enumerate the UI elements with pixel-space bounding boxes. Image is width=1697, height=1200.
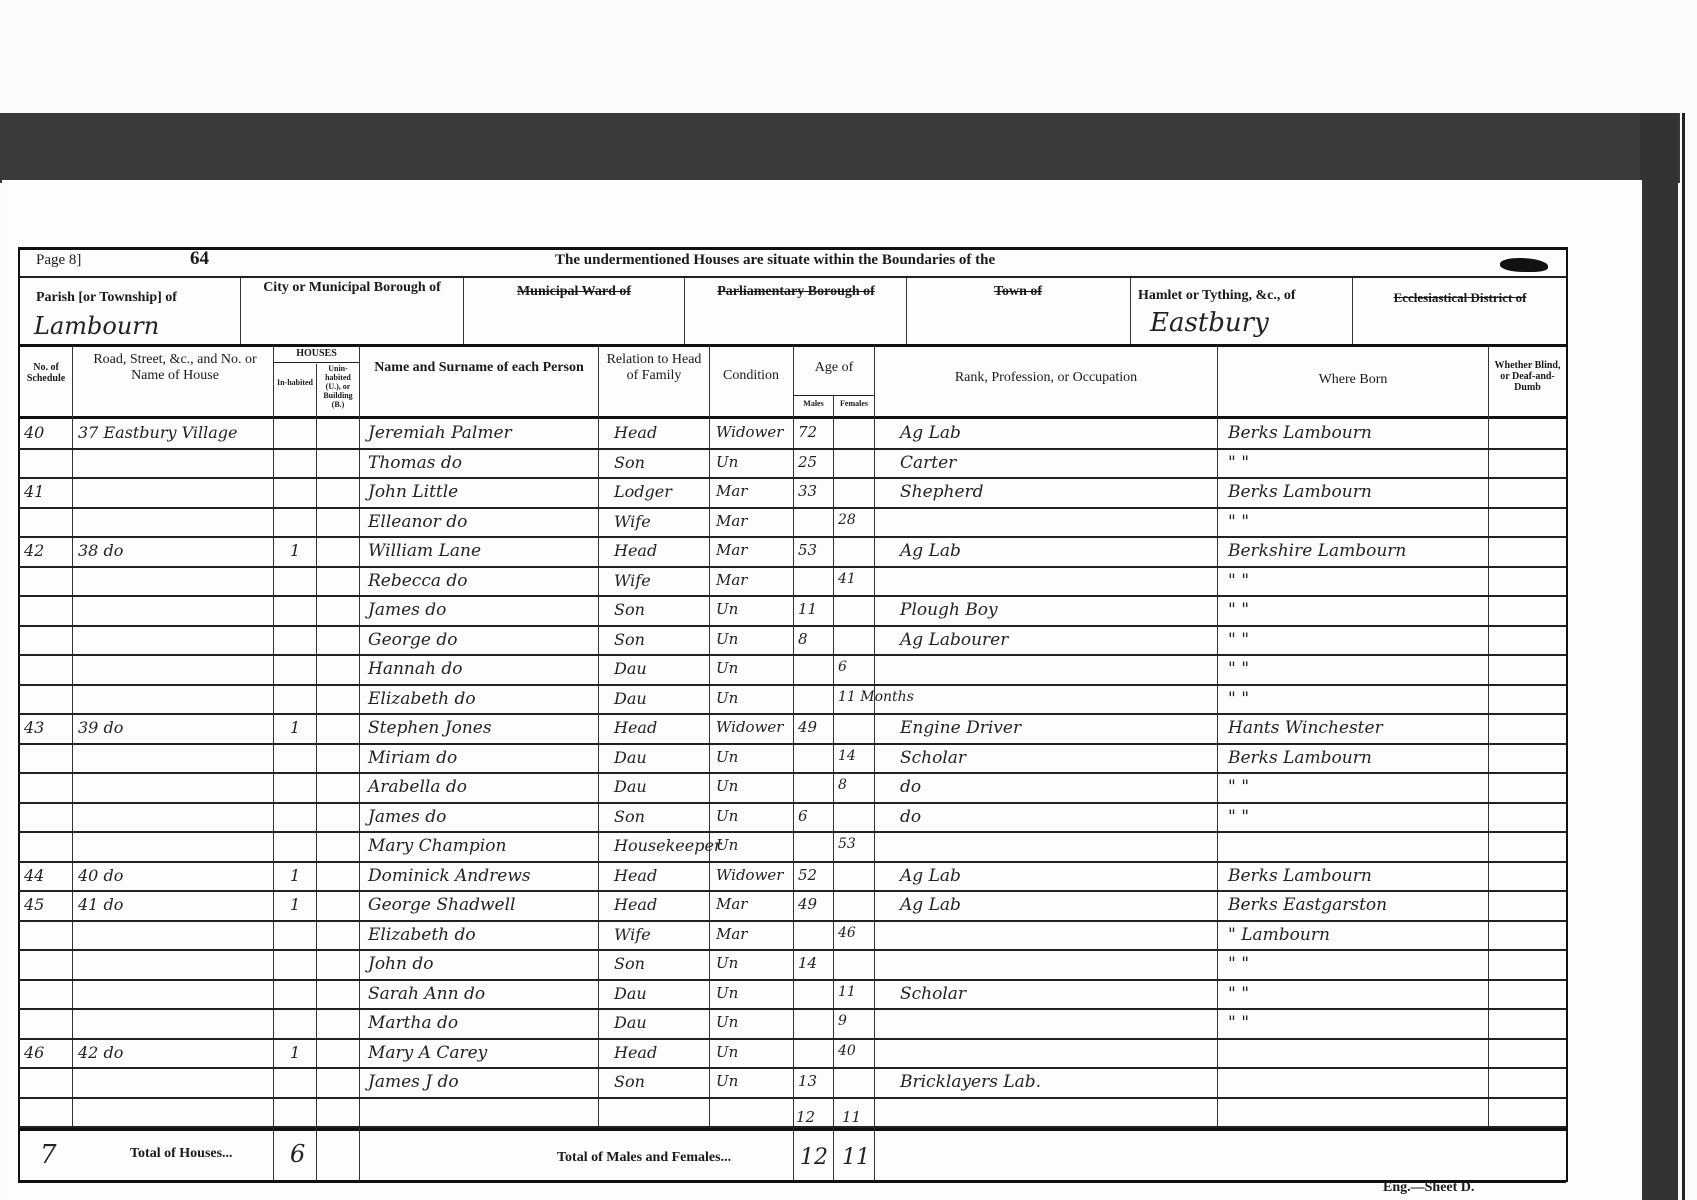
col-houses: HOUSES [274,348,359,359]
row-relation: Son [614,1072,645,1091]
scan-border-top [0,113,1680,183]
col-males: Males [794,399,833,408]
schedules-total: 7 [40,1140,57,1170]
parish-label: Parish [or Township] of [36,290,177,306]
row-where-born: " " [1228,571,1249,591]
col-divider [359,346,360,1180]
row-where-born: Berks Lambourn [1228,423,1372,443]
row-name: James do [368,600,446,620]
col-divider [709,346,710,1128]
row-condition: Widower [716,718,783,736]
row-name: Rebecca do [368,571,468,591]
row-condition: Un [716,807,738,825]
row-schedule: 41 [24,482,44,501]
age-rule [793,395,874,396]
row-where-born: " " [1228,777,1249,797]
row-name: Elizabeth do [368,925,476,945]
row-occupation: Scholar [900,984,966,1004]
row-condition: Mar [716,895,747,913]
row-condition: Un [716,1013,738,1031]
col-divider [72,346,73,1128]
row-name: Hannah do [368,659,462,679]
row-age-female: 8 [838,777,847,793]
divider [906,278,907,344]
males-total: 12 [800,1145,828,1170]
row-age-female: 9 [838,1013,847,1029]
row-rule [18,1097,1566,1099]
ward-label: Municipal Ward of [466,284,682,300]
row-where-born: Hants Winchester [1228,718,1383,738]
row-occupation: Ag Lab [900,866,961,886]
row-age-male: 49 [798,895,817,913]
parliamentary-borough-label: Parliamentary Borough of [688,284,904,300]
row-condition: Un [716,1072,738,1090]
row-age-male: 8 [798,630,808,648]
row-relation: Son [614,630,645,649]
row-name: James do [368,807,446,827]
row-rule [18,1126,1566,1128]
houses-total-label: Total of Houses... [130,1146,233,1162]
row-relation: Head [614,895,657,914]
row-age-female: 11 Months [838,689,914,705]
row-age-female: 14 [838,748,856,764]
row-where-born: " " [1228,807,1249,827]
borough-label: City or Municipal Borough of [244,280,460,296]
row-name: William Lane [368,541,481,561]
row-condition: Un [716,748,738,766]
row-condition: Un [716,453,738,471]
row-relation: Dau [614,777,647,796]
row-where-born: Berks Lambourn [1228,748,1372,768]
row-road: 41 do [78,895,123,914]
row-where-born: " Lambourn [1228,925,1330,945]
row-occupation: do [900,777,921,797]
scan-border-edge [1682,113,1685,1200]
row-age-male: 53 [798,541,817,559]
row-age-male: 14 [798,954,817,972]
row-where-born: " " [1228,984,1249,1004]
row-relation: Son [614,954,645,973]
rule-totals [18,1128,1566,1131]
scan-border-right [1640,113,1678,1200]
row-condition: Un [716,600,738,618]
sheet-label: Eng.—Sheet D. [1383,1180,1474,1196]
row-occupation: Ag Lab [900,541,961,561]
row-occupation: do [900,807,921,827]
row-relation: Dau [614,1013,647,1032]
row-relation: Housekeeper [614,836,722,855]
row-where-born: " " [1228,600,1249,620]
row-condition: Widower [716,423,783,441]
row-rule [18,1038,1566,1040]
col-divider [273,346,274,1180]
row-rule [18,890,1566,892]
row-name: Arabella do [368,777,467,797]
col-divider [874,346,875,1180]
houses-rule [273,362,359,363]
row-age-female: 40 [838,1043,856,1059]
row-condition: Un [716,984,738,1002]
col-schedule: No. of Schedule [20,362,72,384]
row-age-male: 52 [798,866,817,884]
row-rule [18,920,1566,922]
row-inhabited: 1 [290,541,300,560]
town-label: Town of [910,284,1126,300]
row-relation: Dau [614,748,647,767]
census-page [2,180,1642,1200]
row-relation: Dau [614,689,647,708]
hamlet-label: Hamlet or Tything, &c., of [1138,288,1296,304]
row-rule [18,802,1566,804]
col-relation: Relation to Head of Family [600,352,708,384]
row-inhabited: 1 [290,718,300,737]
row-schedule: 46 [24,1043,44,1062]
divider [684,278,685,344]
row-rule [18,772,1566,774]
row-inhabited: 1 [290,1043,300,1062]
row-name: George do [368,630,457,650]
row-relation: Head [614,718,657,737]
row-age-female: 6 [838,659,847,675]
males-subtotal: 12 [796,1108,815,1126]
row-condition: Un [716,689,738,707]
row-schedule: 42 [24,541,44,560]
row-rule [18,861,1566,863]
row-occupation: Plough Boy [900,600,998,620]
row-rule [18,979,1566,981]
row-condition: Mar [716,482,747,500]
row-rule [18,507,1566,509]
row-age-male: 33 [798,482,817,500]
row-road: 40 do [78,866,123,885]
row-name: Jeremiah Palmer [368,423,512,443]
row-occupation: Ag Lab [900,423,961,443]
row-inhabited: 1 [290,895,300,914]
col-where-born: Where Born [1218,372,1488,388]
col-females: Females [834,399,874,408]
row-name: Elizabeth do [368,689,476,709]
row-name: Elleanor do [368,512,467,532]
row-rule [18,536,1566,538]
row-rule [18,1008,1566,1010]
row-where-born: " " [1228,630,1249,650]
divider [463,278,464,344]
row-age-male: 6 [798,807,808,825]
row-relation: Lodger [614,482,672,501]
row-relation: Wife [614,571,651,590]
divider [1352,278,1353,344]
row-rule [18,654,1566,656]
row-age-female: 28 [838,512,856,528]
females-subtotal: 11 [842,1108,861,1126]
frame-top [18,247,1566,250]
row-schedule: 44 [24,866,44,885]
row-where-born: " " [1228,954,1249,974]
row-occupation: Engine Driver [900,718,1021,738]
row-rule [18,477,1566,479]
row-condition: Un [716,954,738,972]
sheet-title: The undermentioned Houses are situate wi… [555,252,995,269]
row-name: Sarah Ann do [368,984,485,1004]
page-label: Page 8] [36,252,81,269]
row-occupation: Ag Lab [900,895,961,915]
ecclesiastical-district-label: Ecclesiastical District of [1356,290,1564,306]
row-condition: Un [716,1043,738,1061]
col-blind: Whether Blind, or Deaf-and-Dumb [1490,360,1565,393]
houses-total-value: 6 [290,1140,305,1168]
row-relation: Wife [614,512,651,531]
row-name: James J do [368,1072,459,1092]
row-where-born: Berks Eastgarston [1228,895,1387,915]
row-rule [18,448,1566,450]
row-name: Martha do [368,1013,458,1033]
row-name: Stephen Jones [368,718,492,738]
row-where-born: " " [1228,512,1249,532]
row-condition: Mar [716,571,747,589]
rule-title [18,276,1566,278]
row-age-female: 41 [838,571,856,587]
row-rule [18,713,1566,715]
row-name: John Little [368,482,458,502]
row-schedule: 40 [24,423,44,442]
row-condition: Widower [716,866,783,884]
row-condition: Un [716,659,738,677]
row-rule [18,949,1566,951]
row-rule [18,1067,1566,1069]
col-divider [1217,346,1218,1128]
col-uninhabited: Unin-habited (U.), or Building (B.) [317,364,359,409]
row-age-male: 13 [798,1072,817,1090]
col-name: Name and Surname of each Person [362,360,596,376]
row-relation: Head [614,423,657,442]
row-occupation: Bricklayers Lab. [900,1072,1041,1092]
row-age-male: 72 [798,423,817,441]
row-occupation: Shepherd [900,482,984,502]
row-where-born: Berks Lambourn [1228,866,1372,886]
row-road: 39 do [78,718,123,737]
row-name: George Shadwell [368,895,515,915]
row-condition: Mar [716,925,747,943]
col-inhabited: In-habited [275,378,315,387]
row-road: 42 do [78,1043,123,1062]
row-where-born: Berks Lambourn [1228,482,1372,502]
col-divider [833,396,834,1180]
row-relation: Dau [614,659,647,678]
divider [240,278,241,344]
persons-total-label: Total of Males and Females... [557,1150,731,1166]
row-road: 38 do [78,541,123,560]
females-total: 11 [842,1145,870,1170]
row-rule [18,595,1566,597]
frame-right [1566,247,1568,1182]
row-name: Mary Champion [368,836,506,856]
row-road: 37 Eastbury Village [78,423,238,442]
row-occupation: Carter [900,453,956,473]
col-road: Road, Street, &c., and No. or Name of Ho… [80,352,270,384]
row-relation: Wife [614,925,651,944]
folio-number: 64 [190,248,209,270]
row-relation: Dau [614,984,647,1003]
parish-value: Lambourn [34,312,159,340]
row-occupation: Scholar [900,748,966,768]
hamlet-value: Eastbury [1150,308,1269,338]
row-condition: Mar [716,541,747,559]
row-age-male: 25 [798,453,817,471]
row-name: Mary A Carey [368,1043,487,1063]
row-where-born: Berkshire Lambourn [1228,541,1406,561]
row-age-male: 49 [798,718,817,736]
row-relation: Head [614,1043,657,1062]
row-rule [18,684,1566,686]
col-occupation: Rank, Profession, or Occupation [876,370,1216,386]
rule-boundaries [18,344,1566,347]
row-name: Miriam do [368,748,457,768]
frame-bottom [18,1180,1566,1183]
row-where-born: " " [1228,689,1249,709]
rule-column-header [18,416,1566,419]
row-condition: Un [716,630,738,648]
row-occupation: Ag Labourer [900,630,1008,650]
col-age: Age of [794,360,874,376]
row-condition: Mar [716,512,747,530]
row-rule [18,831,1566,833]
row-age-female: 46 [838,925,856,941]
row-name: Dominick Andrews [368,866,531,886]
col-condition: Condition [710,368,792,384]
row-age-male: 11 [798,600,817,618]
row-rule [18,625,1566,627]
row-relation: Son [614,600,645,619]
row-name: Thomas do [368,453,462,473]
row-schedule: 43 [24,718,44,737]
row-schedule: 45 [24,895,44,914]
row-rule [18,743,1566,745]
row-age-female: 53 [838,836,856,852]
row-condition: Un [716,836,738,854]
row-age-female: 11 [838,984,856,1000]
row-where-born: " " [1228,453,1249,473]
row-relation: Head [614,541,657,560]
row-name: John do [368,954,433,974]
row-where-born: " " [1228,659,1249,679]
row-relation: Son [614,807,645,826]
divider [1130,278,1131,344]
row-rule [18,566,1566,568]
row-relation: Head [614,866,657,885]
col-divider [793,346,794,1180]
row-where-born: " " [1228,1013,1249,1033]
row-condition: Un [716,777,738,795]
col-divider [1488,346,1489,1128]
row-inhabited: 1 [290,866,300,885]
ink-blot [1500,258,1548,272]
col-divider [598,346,599,1128]
row-relation: Son [614,453,645,472]
